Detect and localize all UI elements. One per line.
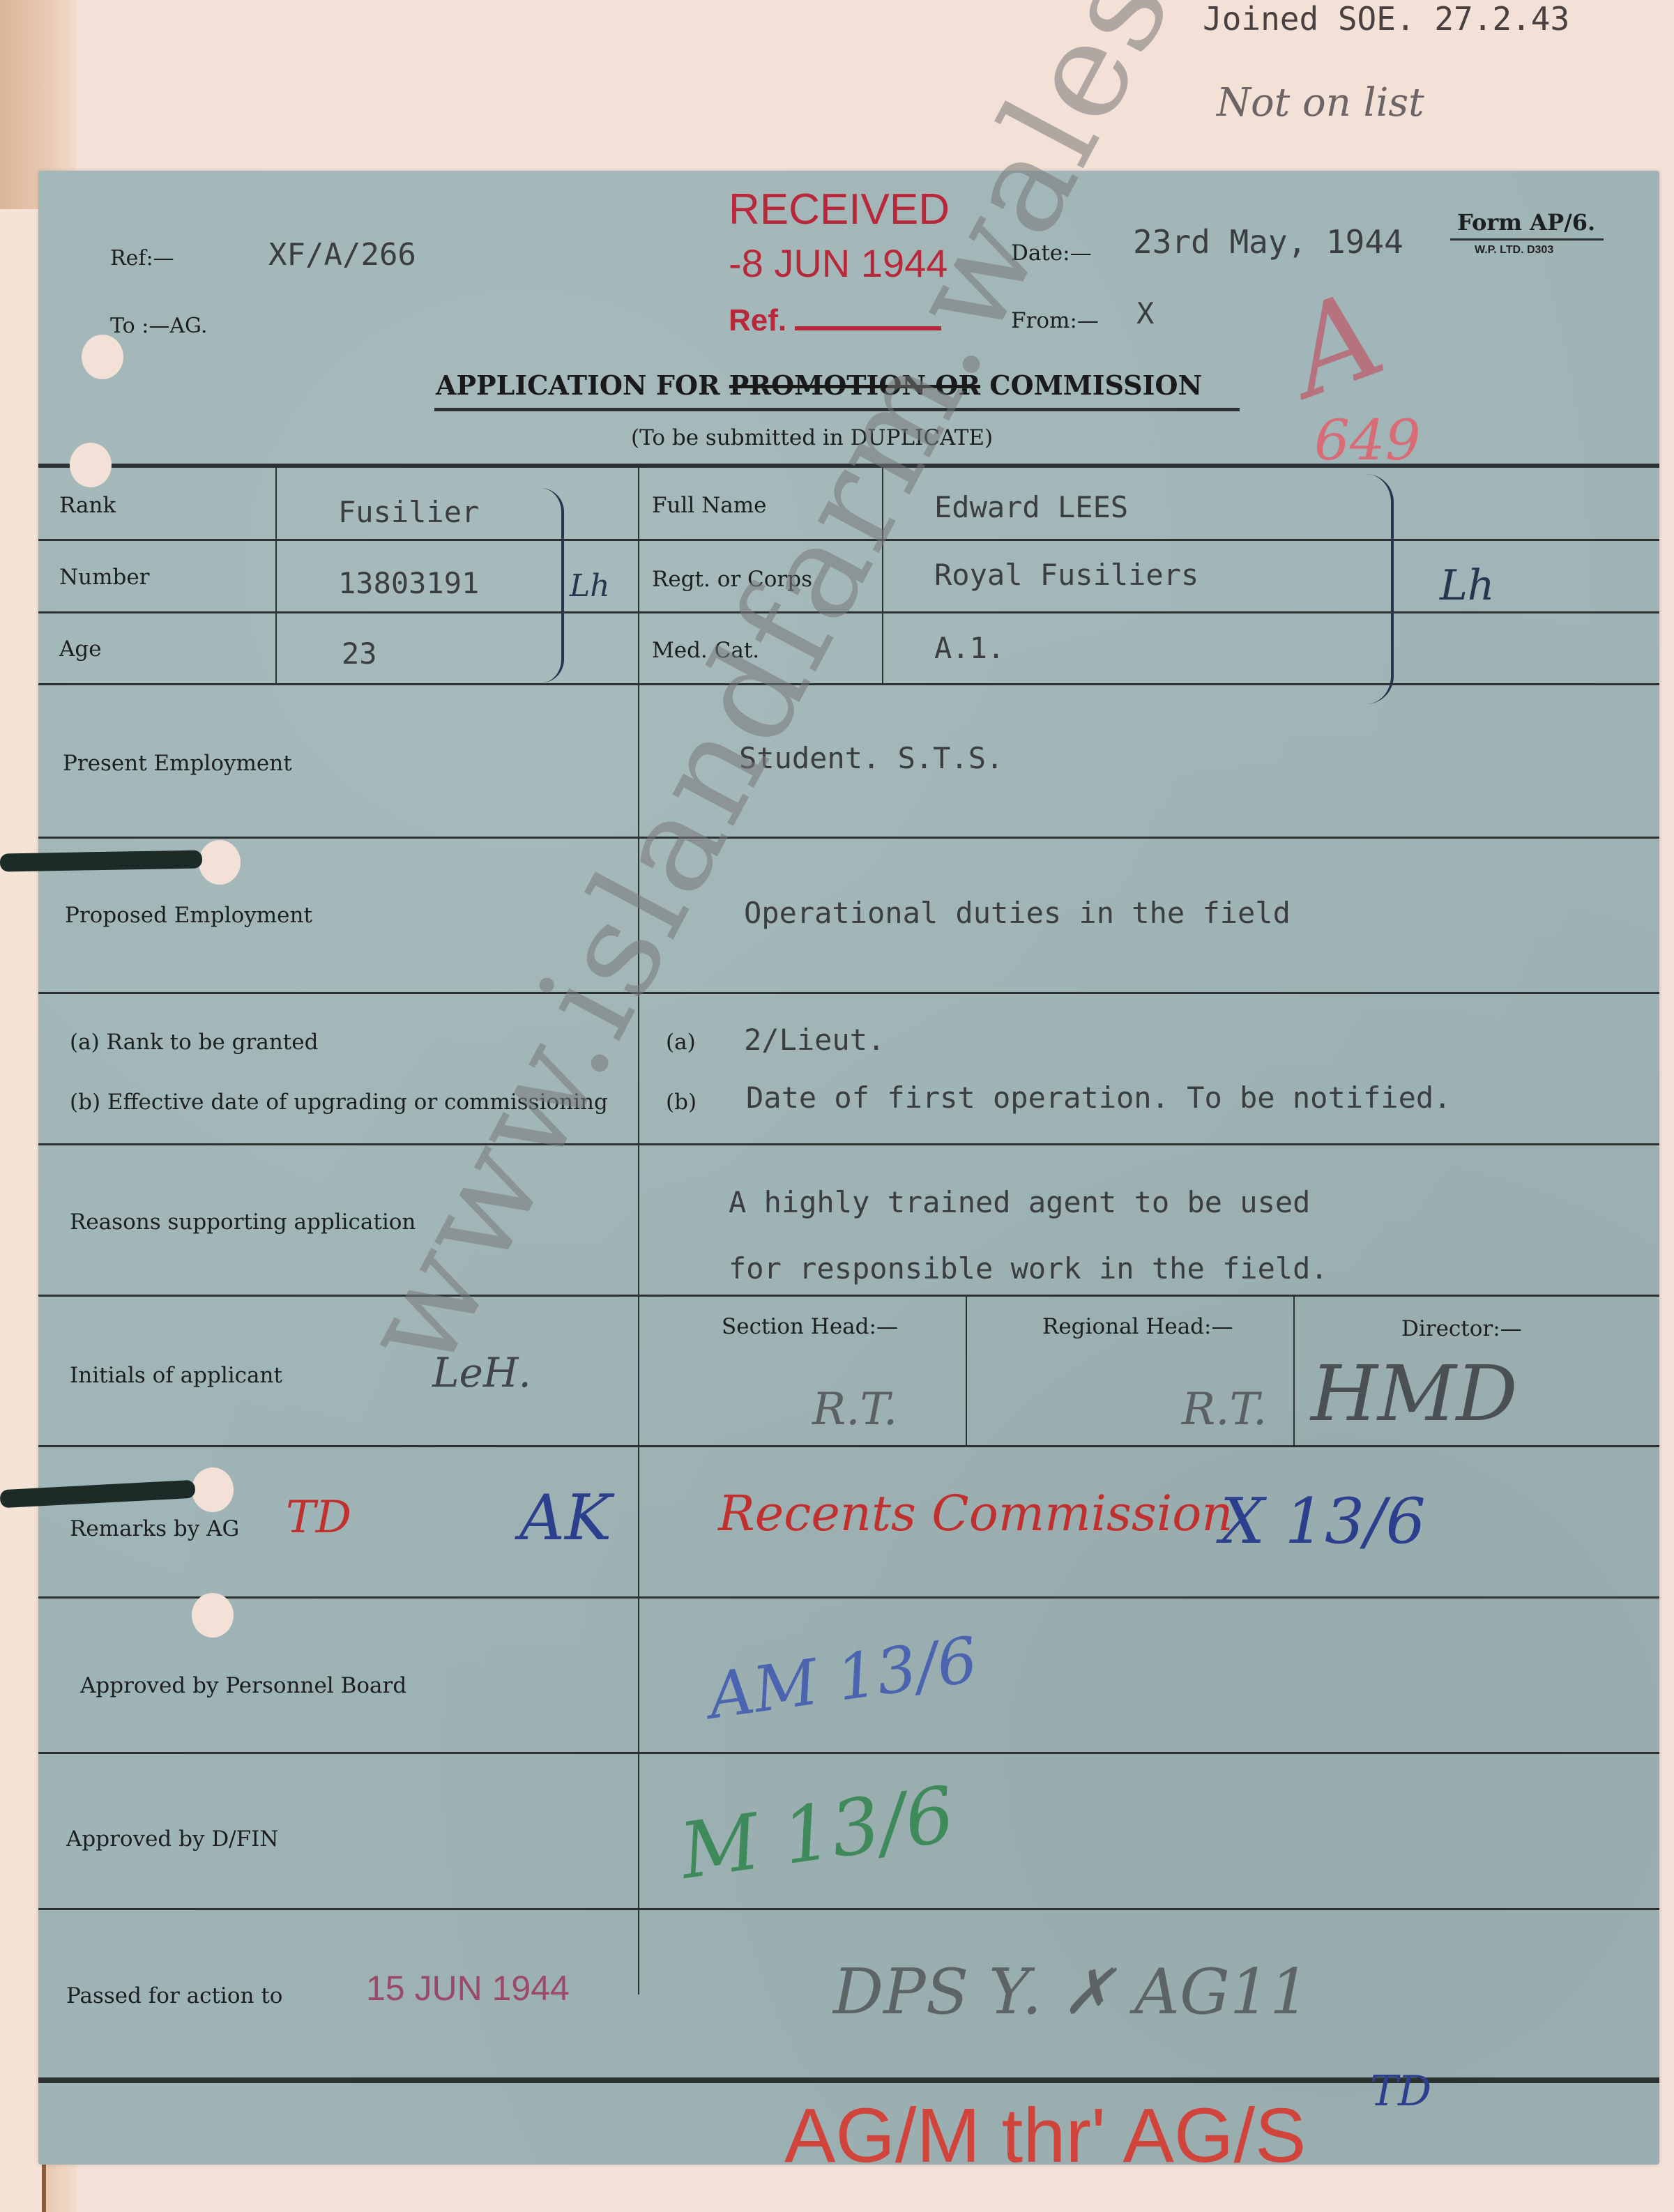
number-label: Number <box>59 565 150 590</box>
remarks-blue-initials: AK <box>519 1481 611 1555</box>
punch-hole <box>199 840 241 885</box>
grid-line <box>38 683 1659 685</box>
ref-value: XF/A/266 <box>268 237 416 273</box>
left-bracket <box>540 488 564 683</box>
effective-date-value: Date of first operation. To be notified. <box>746 1081 1451 1115</box>
regt-value: Royal Fusiliers <box>934 558 1199 592</box>
right-bracket <box>1363 474 1394 704</box>
personnel-board-label: Approved by Personnel Board <box>80 1673 406 1698</box>
reasons-line-1: A highly trained agent to be used <box>729 1185 1310 1219</box>
grid-line <box>1293 1295 1295 1447</box>
age-label: Age <box>59 636 102 662</box>
rank-value: Fusilier <box>338 495 479 529</box>
title-part-1: APPLICATION FOR <box>436 369 720 401</box>
red-signature-mark: A <box>1272 265 1400 424</box>
footer-red-handwriting: AG/M thr' AG/S <box>784 2091 1306 2180</box>
remarks-blue-date: X 13/6 <box>1220 1485 1426 1558</box>
received-stamp-ref-label: Ref. <box>729 303 786 337</box>
grid-line <box>38 992 1659 994</box>
initials-label: Initials of applicant <box>70 1363 282 1388</box>
from-value: X <box>1136 296 1154 330</box>
rank-granted-marker: (a) <box>666 1030 696 1055</box>
punch-hole <box>70 443 112 487</box>
date-value: 23rd May, 1944 <box>1133 223 1403 261</box>
rank-granted-label: (a) Rank to be granted <box>70 1030 318 1055</box>
rank-label: Rank <box>59 493 116 518</box>
printer-code: W.P. LTD. D303 <box>1475 244 1553 257</box>
director-signature: HMD <box>1311 1349 1518 1438</box>
grid-line <box>38 1596 1659 1599</box>
punch-hole <box>192 1467 234 1512</box>
proposed-employment-value: Operational duties in the field <box>744 896 1291 930</box>
passed-for-action-value: DPS Y. ✗ AG11 <box>833 1955 1309 2029</box>
dfin-label: Approved by D/FIN <box>66 1826 279 1852</box>
footer-blue-initials: TD <box>1370 2067 1431 2116</box>
form-number-underline <box>1450 238 1604 241</box>
dfin-signature: M 13/6 <box>675 1769 960 1896</box>
ref-label: Ref:— <box>110 246 174 270</box>
section-head-initials: R.T. <box>812 1384 897 1435</box>
form-title: APPLICATION FOR PROMOTION OR COMMISSION <box>436 369 1202 401</box>
full-name-label: Full Name <box>652 493 767 518</box>
reasons-line-2: for responsible work in the field. <box>729 1251 1328 1286</box>
remarks-red-initials: TD <box>286 1492 351 1543</box>
personnel-board-signature: AM 13/6 <box>704 1624 982 1734</box>
binding-cord <box>0 850 202 871</box>
proposed-employment-label: Proposed Employment <box>65 903 312 928</box>
remarks-red-text: Recents Commission <box>718 1485 1233 1542</box>
application-form: Ref:— XF/A/266 To :—AG. RECEIVED -8 JUN … <box>38 171 1659 2165</box>
form-number: Form AP/6. <box>1457 209 1595 236</box>
not-on-list-note: Not on list <box>1217 80 1424 125</box>
passed-stamp-date: 15 JUN 1944 <box>366 1968 570 2008</box>
passed-for-action-label: Passed for action to <box>66 1983 282 2008</box>
grid-line <box>275 468 277 684</box>
med-cat-value: A.1. <box>934 631 1005 665</box>
director-label: Director:— <box>1401 1316 1522 1341</box>
title-part-2: COMMISSION <box>989 369 1202 401</box>
grid-line <box>38 1445 1659 1447</box>
reasons-label: Reasons supporting application <box>70 1210 416 1235</box>
grid-line <box>38 1752 1659 1754</box>
grid-line <box>38 1908 1659 1910</box>
number-value: 13803191 <box>338 566 479 600</box>
right-initials: Lh <box>1440 561 1495 610</box>
punch-hole <box>192 1593 234 1638</box>
regional-head-label: Regional Head:— <box>1042 1314 1233 1339</box>
age-value: 23 <box>342 636 377 671</box>
punch-hole <box>82 335 123 379</box>
remarks-label: Remarks by AG <box>70 1516 239 1541</box>
joined-soe-note: Joined SOE. 27.2.43 <box>1203 0 1569 38</box>
regional-head-initials: R.T. <box>1182 1384 1267 1435</box>
full-name-value: Edward LEES <box>934 490 1128 524</box>
section-head-label: Section Head:— <box>722 1314 898 1339</box>
grid-line <box>38 837 1659 839</box>
present-employment-label: Present Employment <box>63 751 292 776</box>
effective-date-marker: (b) <box>666 1090 697 1115</box>
grid-line-main <box>638 468 639 1994</box>
grid-line <box>38 1143 1659 1145</box>
left-initials: Lh <box>570 568 610 604</box>
to-label: To :—AG. <box>110 314 207 338</box>
grid-line <box>966 1295 967 1447</box>
rank-granted-value: 2/Lieut. <box>744 1023 885 1057</box>
grid-line <box>38 1295 1659 1297</box>
